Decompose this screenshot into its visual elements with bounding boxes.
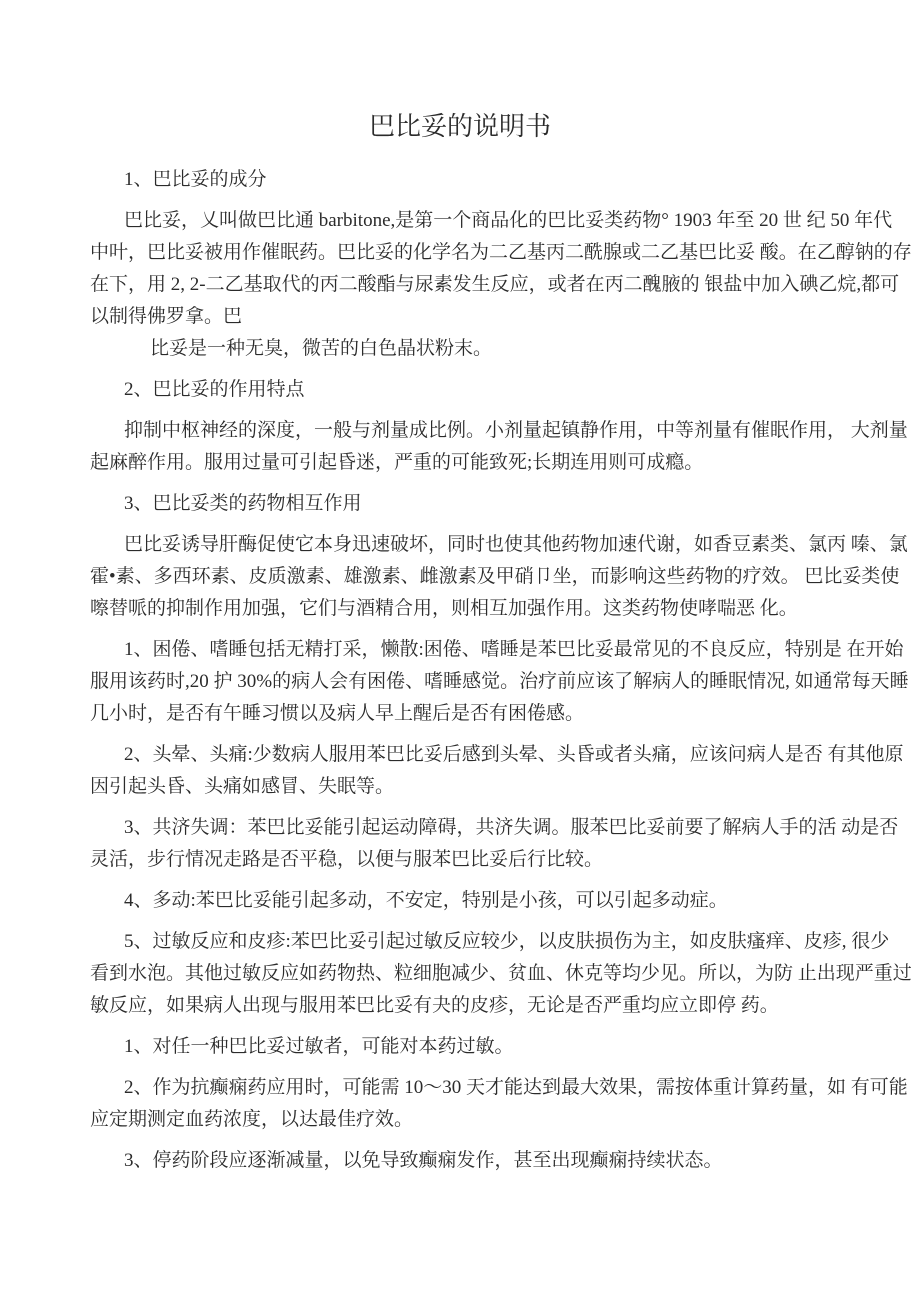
paragraph-line: 3、共济失调：苯巴比妥能引起运动障碍，共济失调。服苯巴比妥前要了解病人手的活 动… [90,812,830,844]
paragraph-line: 在下，用 2, 2-二乙基取代的丙二酸酯与尿素发生反应，或者在丙二醜腋的 银盐中… [90,269,830,301]
section-heading: 3、巴比妥类的药物相互作用 [90,488,830,520]
paragraph-line: 因引起头昏、头痛如感冒、失眠等。 [90,771,830,803]
paragraph-line: 3、停药阶段应逐渐减量，以免导致癫痫发作，甚至出现癫痫持续状态。 [90,1145,830,1177]
paragraph: 巴比妥，乂叫做巴比通 barbitone,是第一个商品化的巴比妥类药物° 190… [90,205,830,365]
paragraph: 巴比妥诱导肝酶促使它本身迅速破坏，同时也使其他药物加速代谢，如香豆素类、氯丙 嗪… [90,529,830,625]
paragraph: 抑制中枢神经的深度，一般与剂量成比例。小剂量起镇静作用，中等剂量有催眠作用， 大… [90,415,830,479]
paragraph: 1、对任一种巴比妥过敏者，可能对本药过敏。 [90,1031,830,1063]
paragraph-line: 2、头晕、头痛:少数病人服用苯巴比妥后感到头晕、头昏或者头痛，应该问病人是否 有… [90,739,830,771]
document-page: 巴比妥的说明书 1、巴比妥的成分 巴比妥，乂叫做巴比通 barbitone,是第… [0,0,920,1301]
paragraph: 4、多动:苯巴比妥能引起多动，不安定，特别是小孩，可以引起多动症。 [90,885,830,917]
paragraph-line: 霍•素、多西环素、皮质激素、雄激素、雌激素及甲硝卩坐，而影响这些药物的疗效。 巴… [90,561,830,593]
paragraph-line: 几小时，是否有午睡习惯以及病人早上醒后是否有困倦感。 [90,698,830,730]
paragraph-line: 1、对任一种巴比妥过敏者，可能对本药过敏。 [90,1031,830,1063]
paragraph-line: 看到水泡。其他过敏反应如药物热、粒细胞减少、贫血、休克等均少见。所以，为防 止出… [90,958,830,990]
paragraph: 3、停药阶段应逐渐减量，以免导致癫痫发作，甚至出现癫痫持续状态。 [90,1145,830,1177]
paragraph-line: 1、困倦、嗜睡包括无精打采，懒散:困倦、嗜睡是苯巴比妥最常见的不良反应，特别是 … [90,634,830,666]
paragraph-line: 2、作为抗癫痫药应用时，可能需 10～30 天才能达到最大效果，需按体重计算药量… [90,1072,830,1104]
paragraph-line: 以制得佛罗拿。巴 [90,301,830,333]
heading-text: 2、巴比妥的作用特点 [90,374,830,406]
doc-title: 巴比妥的说明书 [90,110,830,144]
paragraph: 1、困倦、嗜睡包括无精打采，懒散:困倦、嗜睡是苯巴比妥最常见的不良反应，特别是 … [90,634,830,730]
paragraph-line: 抑制中枢神经的深度，一般与剂量成比例。小剂量起镇静作用，中等剂量有催眠作用， 大… [90,415,830,447]
paragraph-line: 巴比妥，乂叫做巴比通 barbitone,是第一个商品化的巴比妥类药物° 190… [90,205,830,237]
paragraph-line: 敏反应，如果病人出现与服用苯巴比妥有夬的皮疹，无论是否严重均应立即停 药。 [90,990,830,1022]
paragraph-line: 巴比妥诱导肝酶促使它本身迅速破坏，同时也使其他药物加速代谢，如香豆素类、氯丙 嗪… [90,529,830,561]
paragraph-line: 服用该药时,20 护 30%的病人会有困倦、嗜睡感觉。治疗前应该了解病人的睡眠情… [90,666,830,698]
section-heading: 1、巴比妥的成分 [90,164,830,196]
paragraph-line: 起麻醉作用。服用过量可引起昏迷，严重的可能致死;长期连用则可成瘾。 [90,447,830,479]
paragraph: 2、头晕、头痛:少数病人服用苯巴比妥后感到头晕、头昏或者头痛，应该问病人是否 有… [90,739,830,803]
paragraph-line: 应定期测定血药浓度，以达最佳疗效。 [90,1104,830,1136]
paragraph-line: 嚓替哌的抑制作用加强，它们与酒精合用，则相互加强作用。这类药物使哮喘恶 化。 [90,593,830,625]
paragraph-line: 比妥是一种无臭，微苦的白色晶状粉末。 [90,333,830,365]
paragraph-line: 灵活，步行情况走路是否平稳，以便与服苯巴比妥后行比较。 [90,844,830,876]
paragraph-line: 中叶，巴比妥被用作催眠药。巴比妥的化学名为二乙基丙二酰腺或二乙基巴比妥 酸。在乙… [90,237,830,269]
paragraph-line: 5、过敏反应和皮疹:苯巴比妥引起过敏反应较少，以皮肤损伤为主，如皮肤瘙痒、皮疹,… [90,926,830,958]
heading-text: 3、巴比妥类的药物相互作用 [90,488,830,520]
paragraph: 5、过敏反应和皮疹:苯巴比妥引起过敏反应较少，以皮肤损伤为主，如皮肤瘙痒、皮疹,… [90,926,830,1022]
heading-text: 1、巴比妥的成分 [90,164,830,196]
paragraph-line: 4、多动:苯巴比妥能引起多动，不安定，特别是小孩，可以引起多动症。 [90,885,830,917]
paragraph: 2、作为抗癫痫药应用时，可能需 10～30 天才能达到最大效果，需按体重计算药量… [90,1072,830,1136]
section-heading: 2、巴比妥的作用特点 [90,374,830,406]
paragraph: 3、共济失调：苯巴比妥能引起运动障碍，共济失调。服苯巴比妥前要了解病人手的活 动… [90,812,830,876]
